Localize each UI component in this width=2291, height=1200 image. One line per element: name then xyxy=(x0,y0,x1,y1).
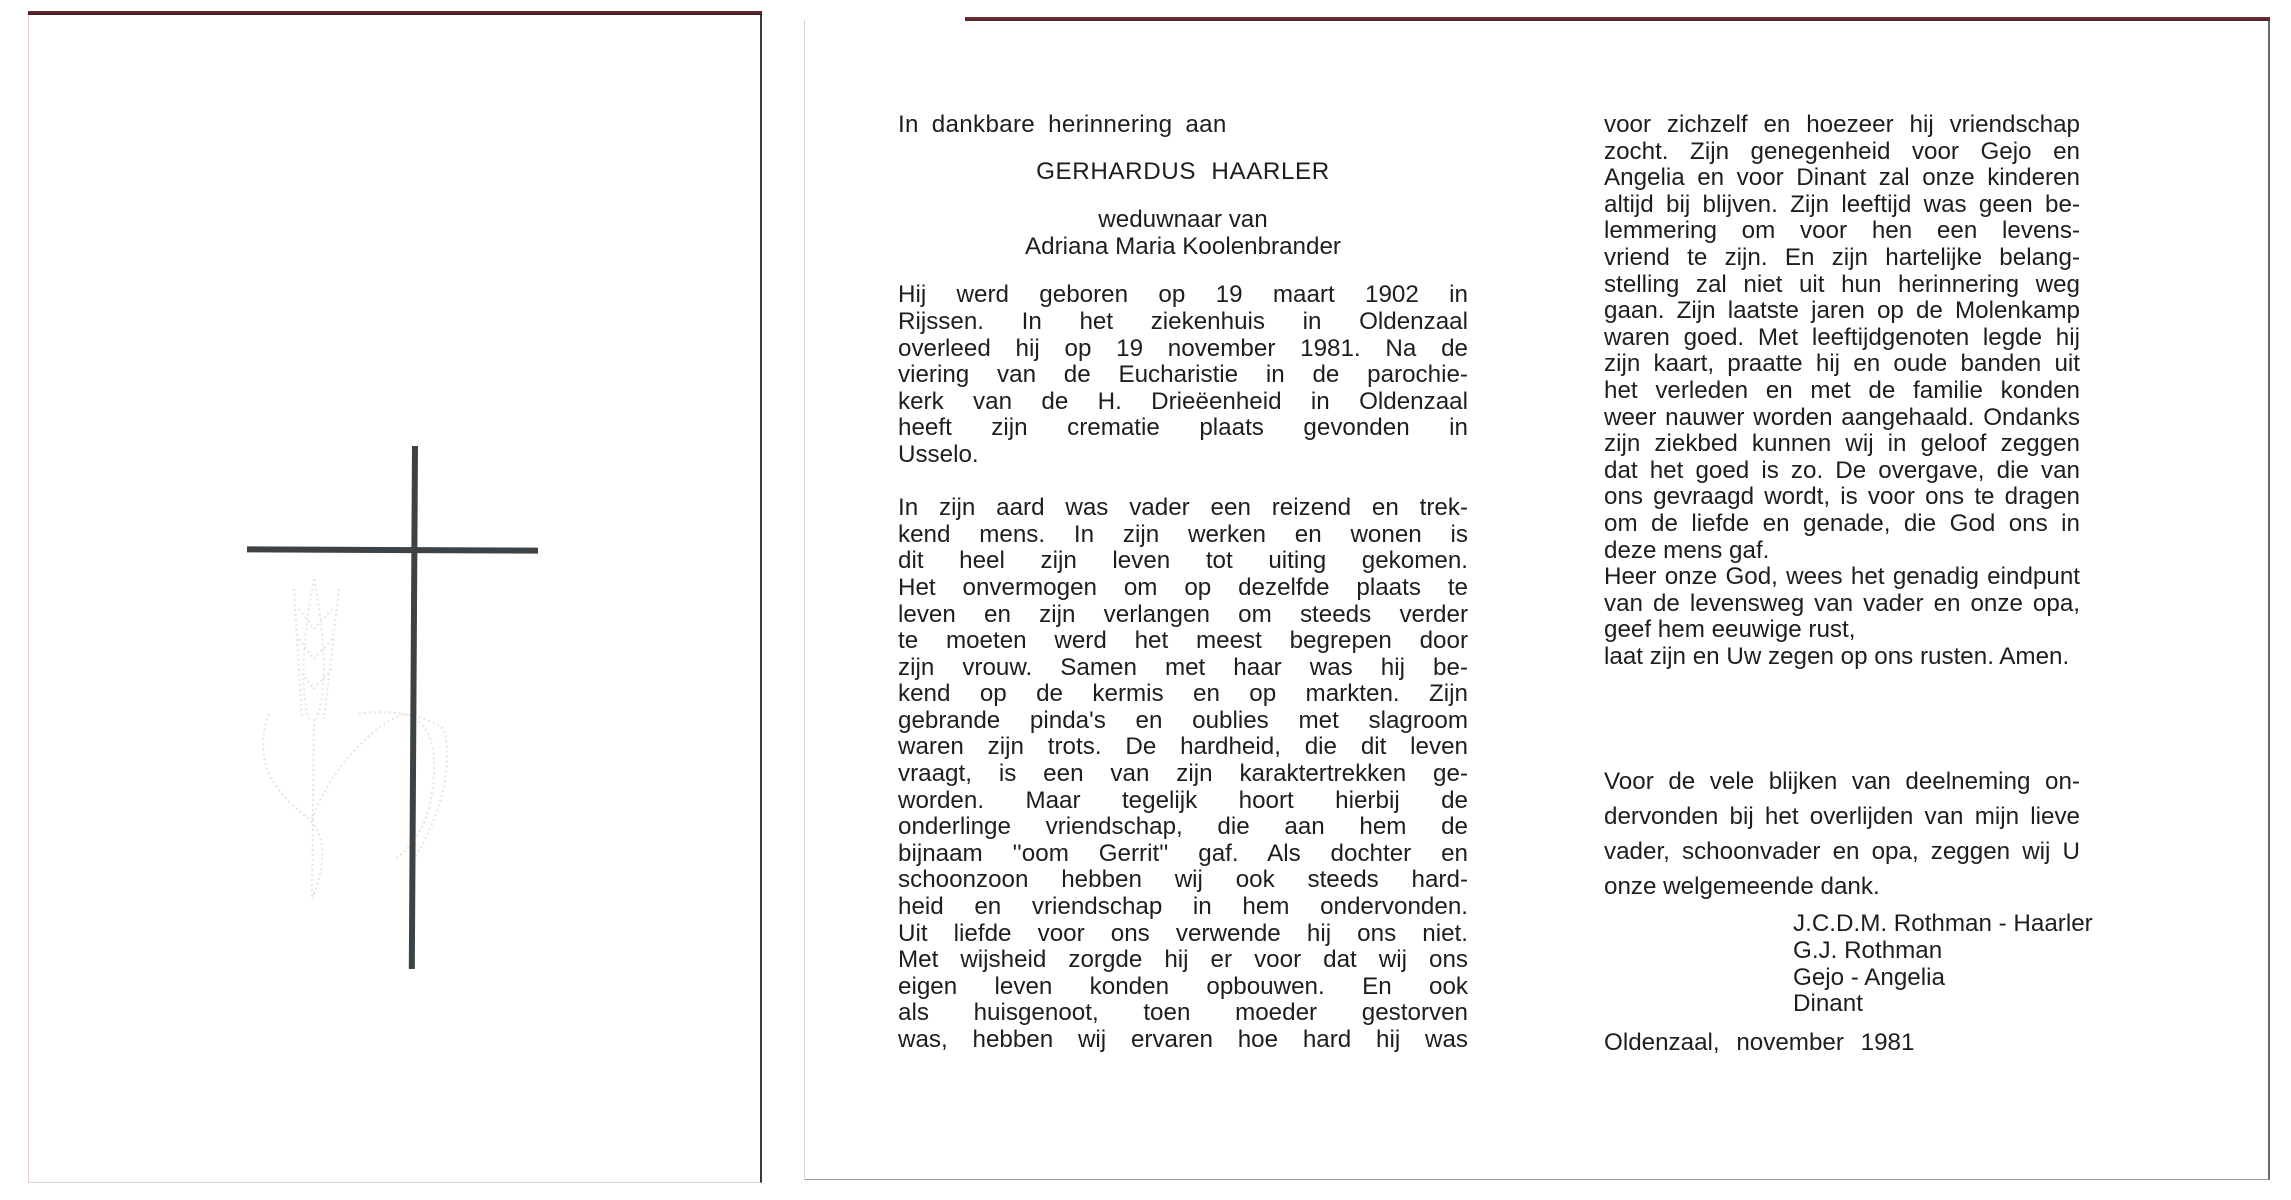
memorial-card-inside: In dankbare herinnering aan GERHARDUS HA… xyxy=(804,20,2270,1180)
text-line: waren zijn trots. De hardheid, die dit l… xyxy=(898,734,1468,761)
left-column: In dankbare herinnering aan GERHARDUS HA… xyxy=(898,112,1468,1054)
place-and-date: Oldenzaal, november 1981 xyxy=(1604,1030,2080,1057)
biography-paragraph-2: In zijn aard was vader een reizend en tr… xyxy=(898,495,1468,1053)
text-line: dat het goed is zo. De overgave, die van xyxy=(1604,458,2080,485)
text-line: onderlinge vriendschap, die aan hem de xyxy=(898,814,1468,841)
text-line: In zijn aard was vader een reizend en tr… xyxy=(898,495,1468,522)
text-line: van de levensweg van vader en onze opa, xyxy=(1604,591,2080,618)
text-line: altijd bij blijven. Zijn leeftijd was ge… xyxy=(1604,192,2080,219)
text-line: lemmering om voor hen een levens- xyxy=(1604,218,2080,245)
wheat-and-flame-emboss xyxy=(254,569,494,909)
deceased-name: GERHARDUS HAARLER xyxy=(898,159,1468,186)
text-line: waren goed. Met leeftijdgenoten legde hi… xyxy=(1604,325,2080,352)
text-line: onze welgemeende dank. xyxy=(1604,869,2080,904)
intro-line: In dankbare herinnering aan xyxy=(898,112,1468,139)
text-line: Met wijsheid zorgde hij er voor dat wij … xyxy=(898,947,1468,974)
signatory: G.J. Rothman xyxy=(1793,938,2080,965)
text-line: laat zijn en Uw zegen op ons rusten. Ame… xyxy=(1604,644,2080,671)
signatory: J.C.D.M. Rothman - Haarler xyxy=(1793,911,2080,938)
text-line: Heer onze God, wees het genadig eindpunt xyxy=(1604,564,2080,591)
text-line: Usselo. xyxy=(898,442,1468,469)
biography-paragraph-1: Hij werd geboren op 19 maart 1902 inRijs… xyxy=(898,282,1468,468)
text-line: Voor de vele blijken van deelneming on- xyxy=(1604,764,2080,799)
text-line: was, hebben wij ervaren hoe hard hij was xyxy=(898,1027,1468,1054)
text-line: dervonden bij het overlijden van mijn li… xyxy=(1604,799,2080,834)
text-line: Rijssen. In het ziekenhuis in Oldenzaal xyxy=(898,309,1468,336)
text-line: dit heel zijn leven tot uiting gekomen. xyxy=(898,548,1468,575)
text-line: ons gevraagd wordt, is voor ons te drage… xyxy=(1604,484,2080,511)
text-line: om de liefde en genade, die God ons in xyxy=(1604,511,2080,538)
text-line: worden. Maar tegelijk hoort hierbij de xyxy=(898,788,1468,815)
text-line: stelling zal niet uit hun herinnering we… xyxy=(1604,272,2080,299)
text-line: vader, schoonvader en opa, zeggen wij U xyxy=(1604,834,2080,869)
spouse-name: Adriana Maria Koolenbrander xyxy=(898,234,1468,261)
right-column: voor zichzelf en hoezeer hij vriendschap… xyxy=(1604,112,2080,1056)
text-line: kerk van de H. Drieëenheid in Oldenzaal xyxy=(898,389,1468,416)
text-line: viering van de Eucharistie in de parochi… xyxy=(898,362,1468,389)
text-line: vraagt, is een van zijn karaktertrekken … xyxy=(898,761,1468,788)
signatory: Gejo - Angelia xyxy=(1793,965,2080,992)
text-line: Angelia en voor Dinant zal onze kinderen xyxy=(1604,165,2080,192)
text-line: kend op de kermis en op markten. Zijn xyxy=(898,681,1468,708)
text-line: zijn kaart, praatte hij en oude banden u… xyxy=(1604,351,2080,378)
text-line: schoonzoon hebben wij ook steeds hard- xyxy=(898,867,1468,894)
thanks-paragraph: Voor de vele blijken van deelneming on-d… xyxy=(1604,764,2080,904)
text-line: heeft zijn crematie plaats gevonden in xyxy=(898,415,1468,442)
text-line: leven en zijn verlangen om steeds verder xyxy=(898,602,1468,629)
text-line: zijn vrouw. Samen met haar was hij be- xyxy=(898,655,1468,682)
text-line: vriend te zijn. En zijn hartelijke belan… xyxy=(1604,245,2080,272)
prayer: Heer onze God, wees het genadig eindpunt… xyxy=(1604,564,2080,670)
cross-icon-crossbar xyxy=(247,546,538,553)
text-line: te moeten werd het meest begrepen door xyxy=(898,628,1468,655)
memorial-card-front xyxy=(28,14,762,1183)
text-line: eigen leven konden opbouwen. En ook xyxy=(898,974,1468,1001)
text-line: bijnaam ''oom Gerrit'' gaf. Als dochter … xyxy=(898,841,1468,868)
text-line: heid en vriendschap in hem ondervonden. xyxy=(898,894,1468,921)
text-line: als huisgenoot, toen moeder gestorven xyxy=(898,1000,1468,1027)
biography-paragraph-3: voor zichzelf en hoezeer hij vriendschap… xyxy=(1604,112,2080,564)
text-line: weer nauwer worden aangehaald. Ondanks xyxy=(1604,405,2080,432)
text-line: zocht. Zijn genegenheid voor Gejo en xyxy=(1604,139,2080,166)
text-line: voor zichzelf en hoezeer hij vriendschap xyxy=(1604,112,2080,139)
text-line: gebrande pinda's en oublies met slagroom xyxy=(898,708,1468,735)
relation-line: weduwnaar van xyxy=(898,207,1468,234)
signatory: Dinant xyxy=(1793,991,2080,1018)
text-line: Hij werd geboren op 19 maart 1902 in xyxy=(898,282,1468,309)
text-line: zijn ziekbed kunnen wij in geloof zeggen xyxy=(1604,431,2080,458)
text-line: gaan. Zijn laatste jaren op de Molenkamp xyxy=(1604,298,2080,325)
text-line: Het onvermogen om op dezelfde plaats te xyxy=(898,575,1468,602)
text-line: Uit liefde voor ons verwende hij ons nie… xyxy=(898,921,1468,948)
text-line: deze mens gaf. xyxy=(1604,538,2080,565)
text-line: het verleden en met de familie konden xyxy=(1604,378,2080,405)
text-line: geef hem eeuwige rust, xyxy=(1604,617,2080,644)
signatories: J.C.D.M. Rothman - Haarler G.J. Rothman … xyxy=(1793,911,2080,1017)
text-line: kend mens. In zijn werken en wonen is xyxy=(898,522,1468,549)
text-line: overleed hij op 19 november 1981. Na de xyxy=(898,336,1468,363)
